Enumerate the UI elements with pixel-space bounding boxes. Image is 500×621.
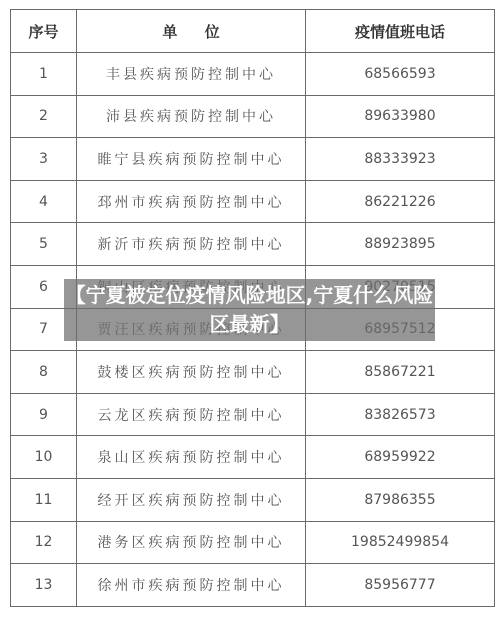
cell-unit: 沛县疾病预防控制中心 (77, 95, 306, 138)
cell-seq: 4 (11, 180, 77, 223)
cell-phone: 86221226 (306, 180, 495, 223)
cell-unit: 徐州市疾病预防控制中心 (77, 564, 306, 607)
cell-unit: 经开区疾病预防控制中心 (77, 478, 306, 521)
cell-phone: 88923895 (306, 223, 495, 266)
cell-unit: 睢宁县疾病预防控制中心 (77, 138, 306, 181)
table-header-row: 序号 单 位 疫情值班电话 (11, 10, 495, 53)
cell-seq: 12 (11, 521, 77, 564)
cell-phone: 68959922 (306, 436, 495, 479)
cell-phone: 88333923 (306, 138, 495, 181)
table-row: 8鼓楼区疾病预防控制中心85867221 (11, 351, 495, 394)
cell-unit: 港务区疾病预防控制中心 (77, 521, 306, 564)
cell-seq: 5 (11, 223, 77, 266)
cell-phone: 85867221 (306, 351, 495, 394)
cell-unit: 泉山区疾病预防控制中心 (77, 436, 306, 479)
table-row: 3睢宁县疾病预防控制中心88333923 (11, 138, 495, 181)
cell-seq: 3 (11, 138, 77, 181)
cell-seq: 9 (11, 393, 77, 436)
table-row: 9云龙区疾病预防控制中心83826573 (11, 393, 495, 436)
cell-seq: 13 (11, 564, 77, 607)
table-row: 10泉山区疾病预防控制中心68959922 (11, 436, 495, 479)
cell-phone: 83826573 (306, 393, 495, 436)
cell-unit: 邳州市疾病预防控制中心 (77, 180, 306, 223)
header-seq: 序号 (11, 10, 77, 53)
cell-phone: 89633980 (306, 95, 495, 138)
table-row: 13徐州市疾病预防控制中心85956777 (11, 564, 495, 607)
cell-seq: 11 (11, 478, 77, 521)
table-row: 11经开区疾病预防控制中心87986355 (11, 478, 495, 521)
cell-unit: 鼓楼区疾病预防控制中心 (77, 351, 306, 394)
cell-phone: 68566593 (306, 53, 495, 96)
table-row: 1丰县疾病预防控制中心68566593 (11, 53, 495, 96)
cell-unit: 新沂市疾病预防控制中心 (77, 223, 306, 266)
cell-phone: 19852499854 (306, 521, 495, 564)
header-phone: 疫情值班电话 (306, 10, 495, 53)
cell-seq: 8 (11, 351, 77, 394)
table-row: 5新沂市疾病预防控制中心88923895 (11, 223, 495, 266)
cell-phone: 85956777 (306, 564, 495, 607)
cell-seq: 1 (11, 53, 77, 96)
table-row: 12港务区疾病预防控制中心19852499854 (11, 521, 495, 564)
table-row: 2沛县疾病预防控制中心89633980 (11, 95, 495, 138)
article-title-overlay: 【宁夏被定位疫情风险地区,宁夏什么风险区最新】 (64, 279, 435, 341)
cell-unit: 云龙区疾病预防控制中心 (77, 393, 306, 436)
table-row: 4邳州市疾病预防控制中心86221226 (11, 180, 495, 223)
cell-seq: 10 (11, 436, 77, 479)
cell-unit: 丰县疾病预防控制中心 (77, 53, 306, 96)
cell-phone: 87986355 (306, 478, 495, 521)
cell-seq: 2 (11, 95, 77, 138)
header-unit: 单 位 (77, 10, 306, 53)
